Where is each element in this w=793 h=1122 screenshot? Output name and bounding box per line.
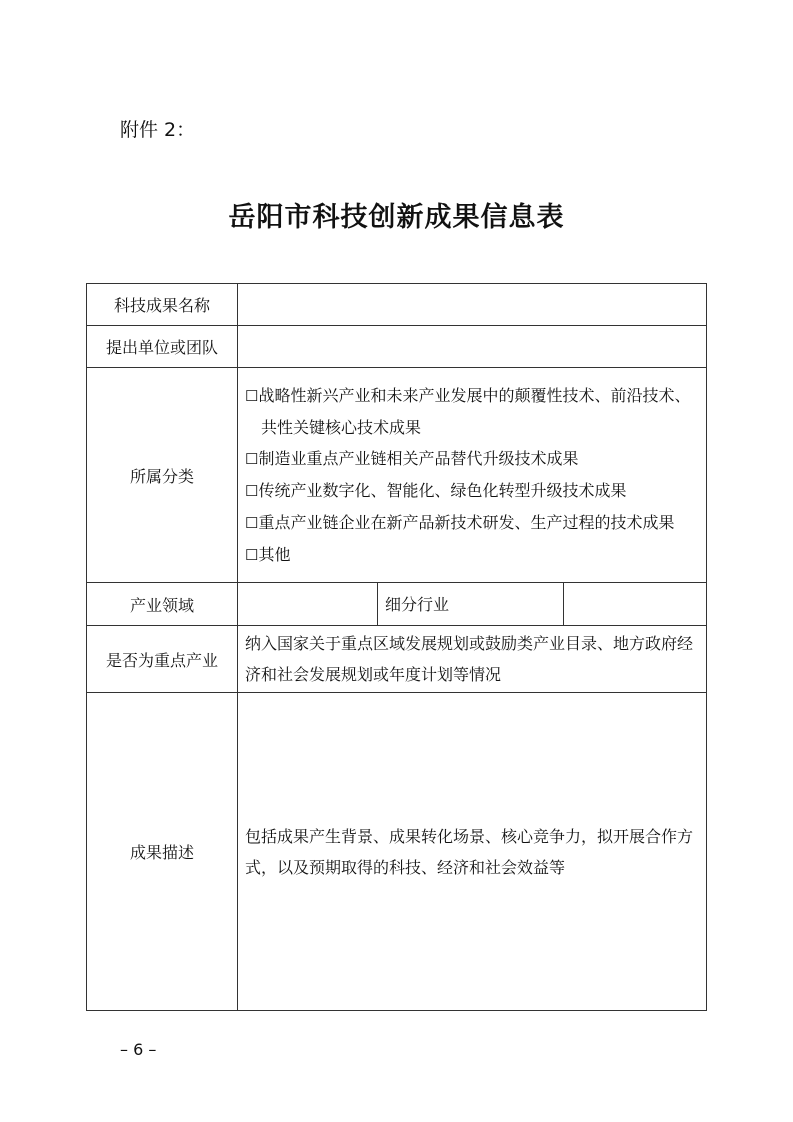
- category-option[interactable]: ☐其他: [245, 539, 700, 571]
- row-description: 成果描述 包括成果产生背景、成果转化场景、核心竞争力，拟开展合作方式，以及预期取…: [87, 693, 707, 1011]
- page-number: – 6 –: [120, 1040, 156, 1059]
- checkbox-icon[interactable]: ☐: [245, 387, 258, 405]
- category-option[interactable]: ☐重点产业链企业在新产品新技术研发、生产过程的技术成果: [245, 507, 700, 539]
- industry-label: 产业领域: [87, 583, 238, 626]
- achievement-name-field[interactable]: [238, 284, 707, 326]
- row-unit-team: 提出单位或团队: [87, 326, 707, 368]
- category-option[interactable]: ☐传统产业数字化、智能化、绿色化转型升级技术成果: [245, 475, 700, 507]
- row-industry: 产业领域 细分行业: [87, 583, 707, 626]
- attachment-label: 附件 2：: [120, 115, 195, 142]
- sub-industry-label: 细分行业: [378, 583, 564, 626]
- row-key-industry: 是否为重点产业 纳入国家关于重点区域发展规划或鼓励类产业目录、地方政府经济和社会…: [87, 626, 707, 693]
- checkbox-icon[interactable]: ☐: [245, 482, 258, 500]
- industry-field[interactable]: [238, 583, 378, 626]
- key-industry-label: 是否为重点产业: [87, 626, 238, 693]
- checkbox-icon[interactable]: ☐: [245, 450, 258, 468]
- unit-team-field[interactable]: [238, 326, 707, 368]
- row-category: 所属分类 ☐战略性新兴产业和未来产业发展中的颠覆性技术、前沿技术、共性关键核心技…: [87, 368, 707, 583]
- description-label: 成果描述: [87, 693, 238, 1011]
- description-field[interactable]: 包括成果产生背景、成果转化场景、核心竞争力，拟开展合作方式，以及预期取得的科技、…: [238, 693, 707, 1011]
- row-achievement-name: 科技成果名称: [87, 284, 707, 326]
- category-option[interactable]: ☐战略性新兴产业和未来产业发展中的颠覆性技术、前沿技术、共性关键核心技术成果: [245, 380, 700, 443]
- checkbox-icon[interactable]: ☐: [245, 546, 258, 564]
- category-label: 所属分类: [87, 368, 238, 583]
- category-options: ☐战略性新兴产业和未来产业发展中的颠覆性技术、前沿技术、共性关键核心技术成果 ☐…: [238, 368, 707, 583]
- category-option[interactable]: ☐制造业重点产业链相关产品替代升级技术成果: [245, 443, 700, 475]
- checkbox-icon[interactable]: ☐: [245, 514, 258, 532]
- achievement-name-label: 科技成果名称: [87, 284, 238, 326]
- sub-industry-field[interactable]: [564, 583, 707, 626]
- key-industry-field[interactable]: 纳入国家关于重点区域发展规划或鼓励类产业目录、地方政府经济和社会发展规划或年度计…: [238, 626, 707, 693]
- unit-team-label: 提出单位或团队: [87, 326, 238, 368]
- page-title: 岳阳市科技创新成果信息表: [0, 195, 793, 234]
- info-form-table: 科技成果名称 提出单位或团队 所属分类 ☐战略性新兴产业和未来产业发展中的颠覆性…: [86, 283, 707, 1011]
